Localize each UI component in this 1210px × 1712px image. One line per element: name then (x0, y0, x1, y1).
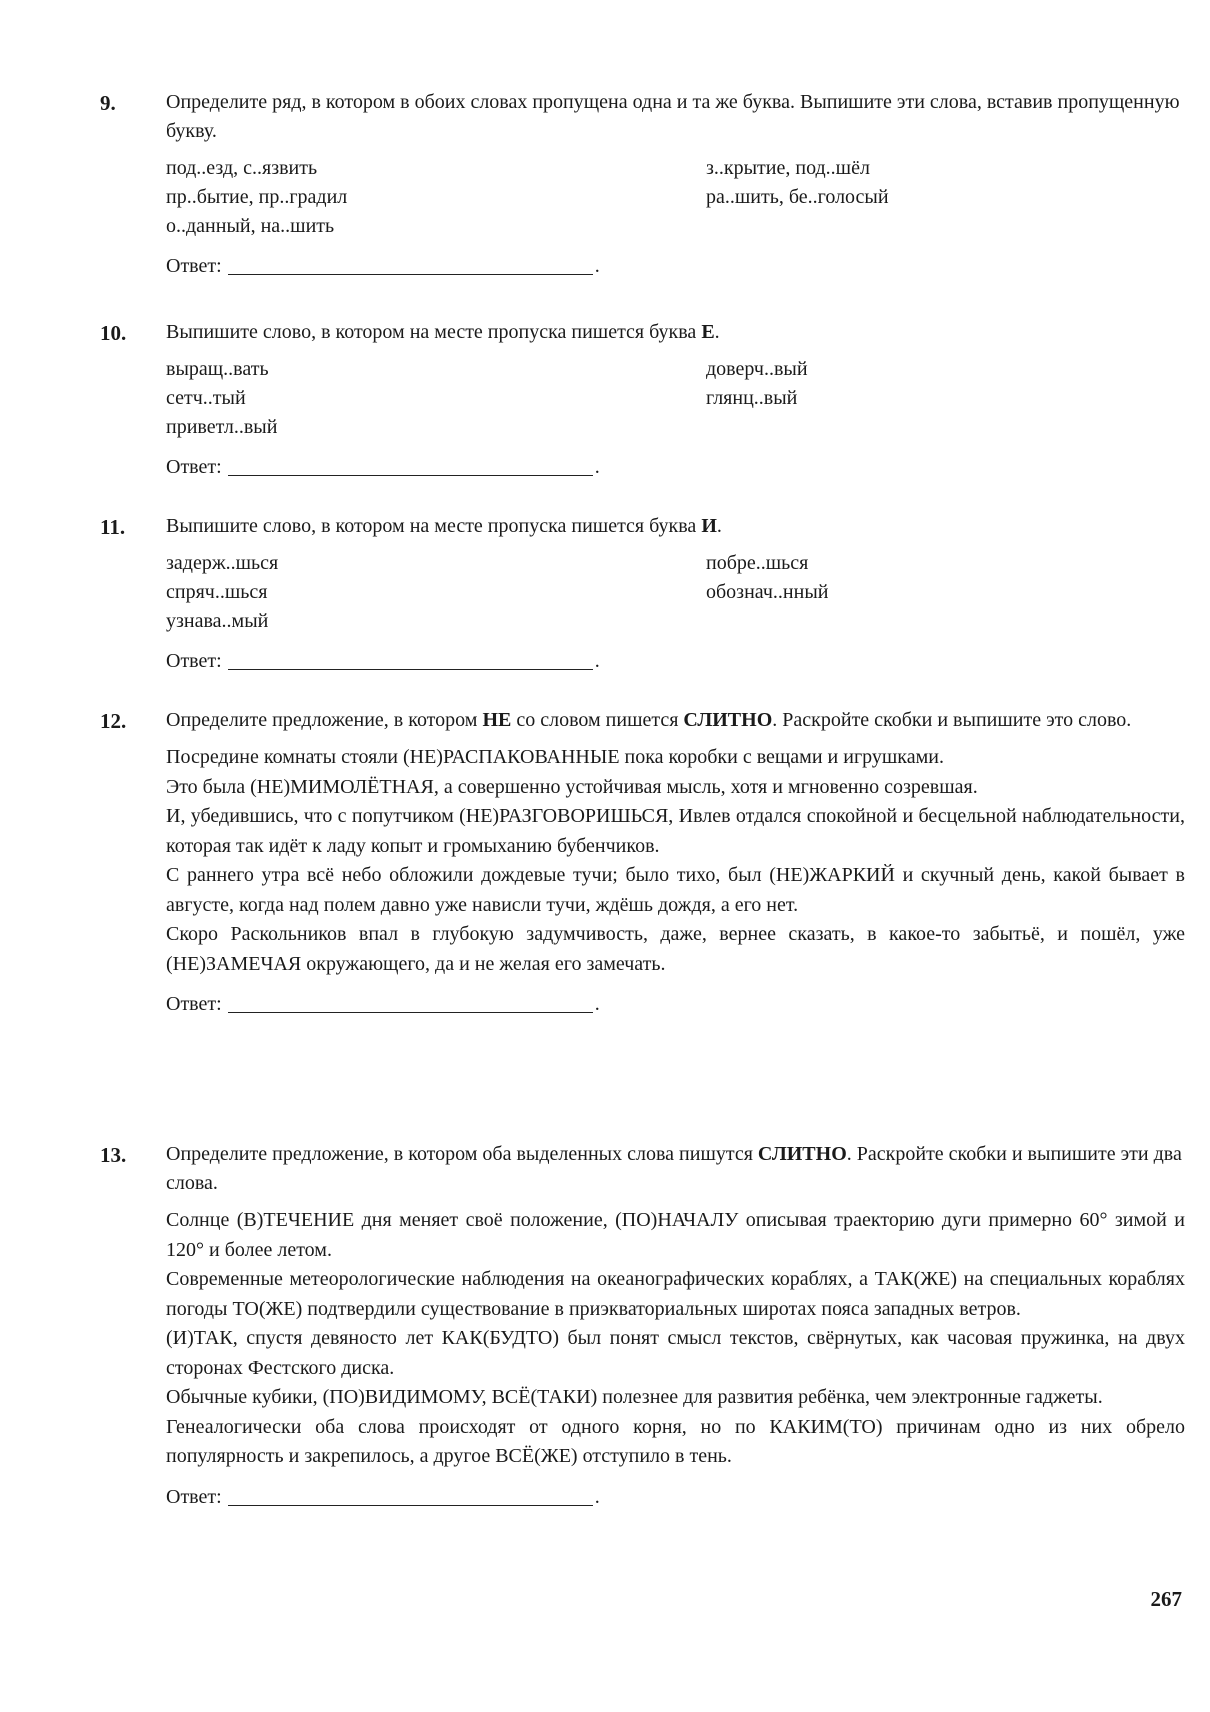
task-prompt: Определите ряд, в котором в обоих словах… (166, 88, 1185, 146)
option: выращ..вать (166, 355, 706, 384)
option: задерж..шься (166, 549, 706, 578)
option: пр..бытие, пр..градил (166, 183, 706, 212)
task-9: 9. Определите ряд, в котором в обоих сло… (100, 88, 1185, 281)
answer-label: Ответ: (166, 452, 222, 482)
option: глянц..вый (706, 384, 1185, 413)
option: сетч..тый (166, 384, 706, 413)
task-number: 12. (100, 706, 126, 736)
answer-line[interactable] (228, 273, 593, 275)
task-prompt: Выпишите слово, в котором на месте пропу… (166, 512, 1185, 541)
answer-field[interactable]: Ответ: . (166, 646, 1185, 676)
option: о..данный, на..шить (166, 212, 706, 241)
options: выращ..вать сетч..тый приветл..вый довер… (166, 355, 1185, 442)
option: под..езд, с..язвить (166, 154, 706, 183)
answer-field[interactable]: Ответ: . (166, 452, 1185, 482)
page-number: 267 (1151, 1587, 1183, 1612)
sentence: Посредине комнаты стояли (НЕ)РАСПАКОВАНН… (166, 743, 1185, 773)
answer-line[interactable] (228, 474, 593, 476)
task-prompt: Определите предложение, в котором НЕ со … (166, 706, 1185, 735)
option: ра..шить, бе..голосый (706, 183, 1185, 212)
sentence: Солнце (В)ТЕЧЕНИЕ дня меняет своё положе… (166, 1206, 1185, 1265)
sentence: И, убедившись, что с попутчиком (НЕ)РАЗГ… (166, 802, 1185, 861)
task-11: 11. Выпишите слово, в котором на месте п… (100, 512, 1185, 676)
sentence: Это была (НЕ)МИМОЛЁТНАЯ, а совершенно ус… (166, 773, 1185, 803)
task-12: 12. Определите предложение, в котором НЕ… (100, 706, 1185, 1019)
task-number: 11. (100, 512, 125, 542)
sentence-list: Солнце (В)ТЕЧЕНИЕ дня меняет своё положе… (166, 1206, 1185, 1472)
task-prompt: Выпишите слово, в котором на месте пропу… (166, 318, 1185, 347)
answer-field[interactable]: Ответ: . (166, 989, 1185, 1019)
option: доверч..вый (706, 355, 1185, 384)
sentence: (И)ТАК, спустя девяносто лет КАК(БУДТО) … (166, 1324, 1185, 1383)
option: з..крытие, под..шёл (706, 154, 1185, 183)
sentence: Обычные кубики, (ПО)ВИДИМОМУ, ВСЁ(ТАКИ) … (166, 1383, 1185, 1413)
answer-field[interactable]: Ответ: . (166, 251, 1185, 281)
answer-label: Ответ: (166, 989, 222, 1019)
answer-label: Ответ: (166, 1482, 222, 1512)
task-13: 13. Определите предложение, в котором об… (100, 1140, 1185, 1512)
sentence: Скоро Раскольников впал в глубокую задум… (166, 920, 1185, 979)
task-10: 10. Выпишите слово, в котором на месте п… (100, 318, 1185, 482)
sentence-list: Посредине комнаты стояли (НЕ)РАСПАКОВАНН… (166, 743, 1185, 979)
sentence: С раннего утра всё небо обложили дождевы… (166, 861, 1185, 920)
answer-line[interactable] (228, 668, 593, 670)
option: спряч..шься (166, 578, 706, 607)
option: приветл..вый (166, 413, 706, 442)
option: узнава..мый (166, 607, 706, 636)
option: побре..шься (706, 549, 1185, 578)
options: под..езд, с..язвить пр..бытие, пр..гради… (166, 154, 1185, 241)
task-number: 10. (100, 318, 126, 348)
answer-label: Ответ: (166, 251, 222, 281)
sentence: Современные метеорологические наблюдения… (166, 1265, 1185, 1324)
answer-line[interactable] (228, 1011, 593, 1013)
answer-label: Ответ: (166, 646, 222, 676)
answer-line[interactable] (228, 1504, 593, 1506)
task-number: 9. (100, 88, 116, 118)
option: обознач..нный (706, 578, 1185, 607)
sentence: Генеалогически оба слова происходят от о… (166, 1413, 1185, 1472)
answer-field[interactable]: Ответ: . (166, 1482, 1185, 1512)
task-prompt: Определите предложение, в котором оба вы… (166, 1140, 1185, 1198)
task-number: 13. (100, 1140, 126, 1170)
options: задерж..шься спряч..шься узнава..мый поб… (166, 549, 1185, 636)
